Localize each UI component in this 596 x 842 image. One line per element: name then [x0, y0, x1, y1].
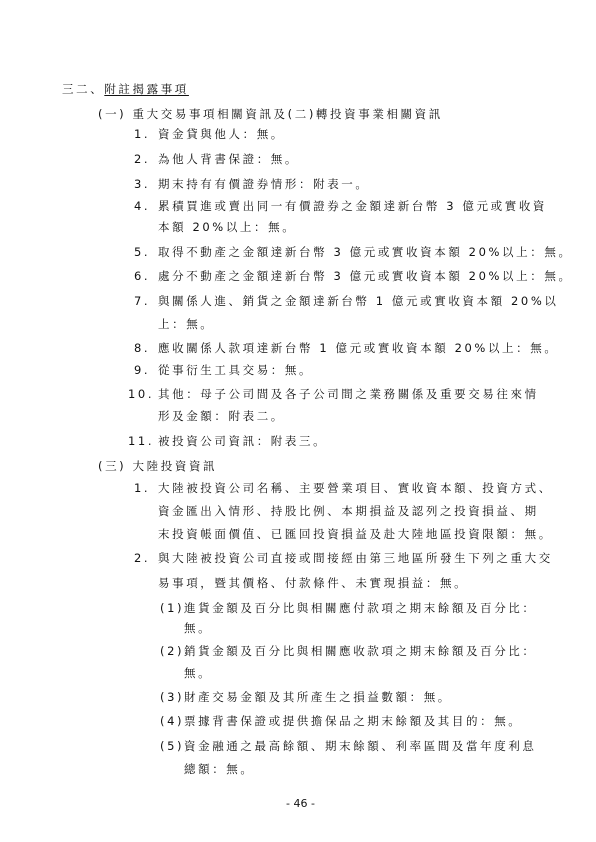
subsection-label: (一)	[98, 107, 126, 121]
list-item-continuation: 本額 20%以上：無。	[158, 220, 296, 234]
list-item: 1.資金貸與他人：無。	[134, 127, 285, 141]
sub-list-item: (4)票據背書保證或提供擔保品之期末餘額及其目的：無。	[160, 714, 522, 728]
subsection-3-title: (三) 大陸投資資訊	[98, 459, 217, 473]
heading-prefix: 三二、	[62, 82, 104, 96]
sub-list-item-continuation: 無。	[184, 621, 212, 635]
section-heading: 三二、附註揭露事項	[62, 82, 189, 96]
list-item-continuation: 末投資帳面價值、已匯回投資損益及赴大陸地區投資限額：無。	[158, 527, 553, 541]
list-item: 9.從事衍生工具交易：無。	[134, 363, 313, 377]
list-item-continuation: 上：無。	[158, 317, 214, 331]
list-item-continuation: 形及金額：附表二。	[158, 409, 285, 423]
list-item-continuation: 易事項，暨其價格、付款條件、未實現損益：無。	[158, 576, 468, 590]
list-item: 2.與大陸被投資公司直接或間接經由第三地區所發生下列之重大交	[134, 551, 553, 565]
sub-list-item: (2)銷貨金額及百分比與相關應收款項之期末餘額及百分比：	[160, 644, 537, 658]
list-item: 1.大陸被投資公司名稱、主要營業項目、實收資本額、投資方式、	[134, 481, 553, 495]
list-item-continuation: 資金匯出入情形、持股比例、本期損益及認列之投資損益、期	[158, 504, 539, 518]
list-item: 5.取得不動產之金額達新台幣 3 億元或實收資本額 20%以上：無。	[134, 245, 573, 259]
list-item: 2.為他人背書保證：無。	[134, 152, 299, 166]
list-item: 7.與關係人進、銷貨之金額達新台幣 1 億元或實收資本額 20%以	[134, 294, 558, 308]
sub-list-item: (3)財產交易金額及其所產生之損益數額：無。	[160, 690, 452, 704]
list-item: 4.累積買進或賣出同一有價證券之金額達新台幣 3 億元或實收資	[134, 199, 547, 213]
subsection-label: (三)	[98, 459, 126, 473]
sub-list-item: (1)進貨金額及百分比與相關應付款項之期末餘額及百分比：	[160, 601, 537, 615]
subsection-1-title: (一) 重大交易事項相關資訊及(二)轉投資事業相關資訊	[98, 107, 443, 121]
sub-list-item-continuation: 總額：無。	[184, 762, 255, 776]
page-number: - 46 -	[286, 797, 315, 810]
list-item: 6.處分不動產之金額達新台幣 3 億元或實收資本額 20%以上：無。	[134, 269, 573, 283]
list-item: 3.期末持有有價證券情形：附表一。	[134, 177, 370, 191]
sub-list-item-continuation: 無。	[184, 666, 212, 680]
subsection-text: 重大交易事項相關資訊及(二)轉投資事業相關資訊	[133, 107, 443, 121]
list-item: 11.被投資公司資訊：附表三。	[128, 434, 327, 448]
sub-list-item: (5)資金融通之最高餘額、期末餘額、利率區間及當年度利息	[160, 739, 537, 753]
subsection-text: 大陸投資資訊	[133, 459, 218, 473]
heading-title: 附註揭露事項	[104, 82, 189, 96]
list-item: 8.應收關係人款項達新台幣 1 億元或實收資本額 20%以上：無。	[134, 341, 558, 355]
list-item: 10.其他：母子公司間及各子公司間之業務關係及重要交易往來情	[128, 387, 539, 401]
